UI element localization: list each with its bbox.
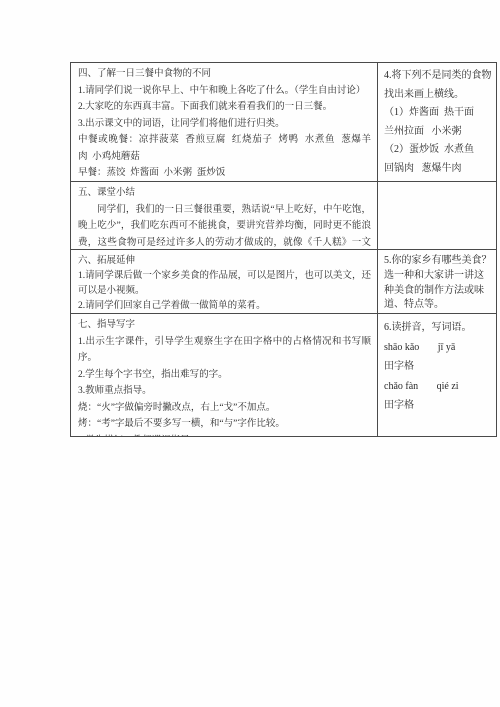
tianzige-placeholder: 田字格 xyxy=(384,357,493,377)
cell-empty xyxy=(378,182,497,250)
tianzige-placeholder: 田字格 xyxy=(384,396,493,416)
writing-tip-shao: 烧：“火”字做偏旁时撇改点，右上“戈”不加点。 xyxy=(78,400,371,417)
exercise-item: 兰州拉面 小米粥 xyxy=(384,123,493,142)
section-heading: 七、指导写字 xyxy=(78,317,371,334)
pinyin-word: chǎo fàn xyxy=(384,381,418,392)
exercise-prompt: 4.将下列不是同类的食物找出来画上横线。 xyxy=(384,67,493,104)
food-word-list-lunch-dinner: 中餐或晚餐：凉拌菠菜 香煎豆腐 红烧茄子 烤鸭 水煮鱼 葱爆羊肉 小鸡炖蘑菇 xyxy=(78,132,371,165)
lesson-step: 1.请同学课后做一个家乡美食的作品展，可以是图片，也可以美文，还可以是小视频。 xyxy=(78,269,371,299)
section-heading: 五、课堂小结 xyxy=(78,185,371,202)
scanned-lesson-plan-page: 四、了解一日三餐中食物的不同 1.请同学们说一说你早上、中午和晚上各吃了什么。（… xyxy=(0,0,500,707)
cell-section-4-three-meals: 四、了解一日三餐中食物的不同 1.请同学们说一说你早上、中午和晚上各吃了什么。（… xyxy=(71,63,378,182)
cell-exercise-5-hometown-food: 5.你的家乡有哪些美食？选一种和大家讲一讲这种美食的制作方法或味道、特点等。 xyxy=(378,250,497,314)
lesson-step: 2.请同学们回家自己学着做一做简单的菜肴。 xyxy=(78,299,371,314)
pinyin-word: jī yā xyxy=(438,342,456,353)
lesson-step: 1.出示生字课件，引导学生观察生字在田字格中的占格情况和书写顺序。 xyxy=(78,334,371,367)
cell-exercise-6-pinyin-writing: 6.读拼音，写词语。 shāo kǎo jī yā 田字格 chǎo fàn q… xyxy=(378,314,497,436)
pinyin-line: shāo kǎo jī yā xyxy=(384,338,493,358)
exercise-item: （2）蛋炒饭 水煮鱼 xyxy=(384,141,493,160)
pinyin-line: chǎo fàn qié zi xyxy=(384,377,493,397)
food-word-list-breakfast: 早餐：蒸饺 炸酱面 小米粥 蛋炒饭 xyxy=(78,165,371,182)
pinyin-word: qié zi xyxy=(437,381,459,392)
exercise-prompt: 5.你的家乡有哪些美食？选一种和大家讲一讲这种美食的制作方法或味道、特点等。 xyxy=(384,254,493,313)
cell-section-5-class-summary: 五、课堂小结 同学们，我们的一日三餐很重要，熟话说“早上吃好，中午吃饱，晚上吃少… xyxy=(71,182,378,250)
lesson-step: 2.学生每个字书空，指出难写的字。 xyxy=(78,367,371,384)
lesson-step: 2.大家吃的东西真丰富。下面我们就来看看我们的一日三餐。 xyxy=(78,99,371,116)
section-heading: 四、了解一日三餐中食物的不同 xyxy=(78,66,371,83)
exercise-item: （1）炸酱面 热干面 xyxy=(384,104,493,123)
exercise-prompt: 6.读拼音，写词语。 xyxy=(384,318,493,338)
exercise-item: 回锅肉 葱爆牛肉 xyxy=(384,160,493,179)
lesson-step: 3.教师重点指导。 xyxy=(78,383,371,400)
cell-section-7-writing-guidance: 七、指导写字 1.出示生字课件，引导学生观察生字在田字格中的占格情况和书写顺序。… xyxy=(71,314,378,436)
section-heading: 六、拓展延伸 xyxy=(78,254,371,269)
lesson-step: 1.请同学们说一说你早上、中午和晚上各吃了什么。（学生自由讨论） xyxy=(78,83,371,100)
cell-section-6-extension: 六、拓展延伸 1.请同学课后做一个家乡美食的作品展，可以是图片，也可以美文，还可… xyxy=(71,250,378,314)
lesson-plan-table: 四、了解一日三餐中食物的不同 1.请同学们说一说你早上、中午和晚上各吃了什么。（… xyxy=(70,62,497,437)
summary-paragraph: 同学们，我们的一日三餐很重要，熟话说“早上吃好，中午吃饱，晚上吃少”，我们吃东西… xyxy=(78,202,371,251)
cell-exercise-4-classify-foods: 4.将下列不是同类的食物找出来画上横线。 （1）炸酱面 热干面 兰州拉面 小米粥… xyxy=(378,63,497,182)
lesson-step: 3.出示课文中的词语，让同学们将他们进行归类。 xyxy=(78,116,371,133)
writing-tip-kao: 烤：“考”字最后不要多写一横，和“与”字作比较。 xyxy=(78,416,371,433)
lesson-step: 4.学生描红，教师巡视指导。 xyxy=(78,433,371,437)
pinyin-word: shāo kǎo xyxy=(384,342,419,353)
